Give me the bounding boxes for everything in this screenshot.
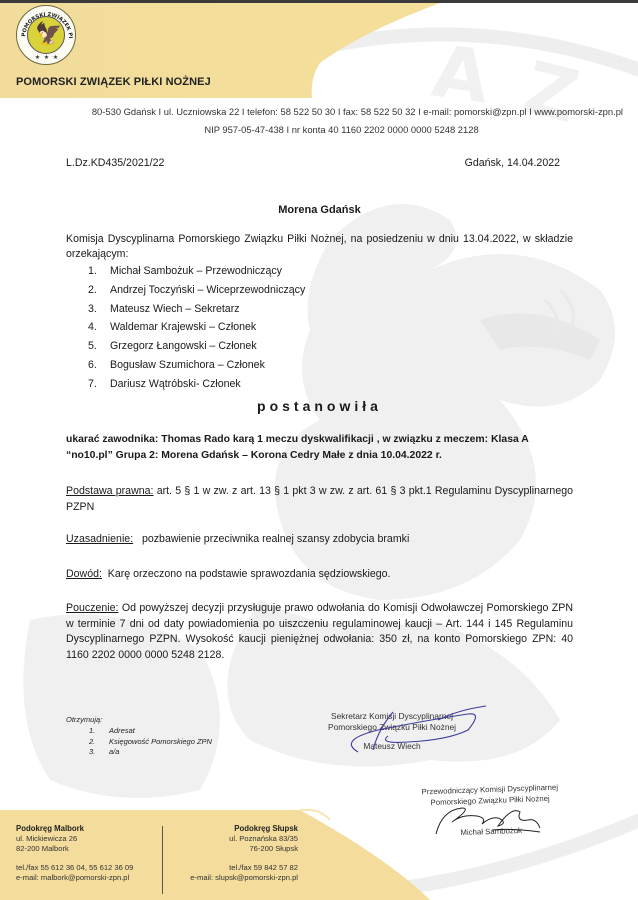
place-date: Gdańsk, 14.04.2022	[465, 157, 560, 169]
list-item: 2.Księgowość Pomorskiego ZPN	[89, 737, 212, 748]
legal-basis-section: Podstawa prawna: art. 5 § 1 w zw. z art.…	[66, 484, 573, 515]
secretary-name: Mateusz Wiech	[322, 741, 462, 752]
intro-paragraph: Komisja Dyscyplinarna Pomorskiego Związk…	[66, 232, 573, 262]
reasoning-text: pozbawienie przeciwnika realnej szansy z…	[133, 533, 409, 545]
recipients-label: Otrzymują:	[66, 715, 212, 724]
recipient-heading: Morena Gdańsk	[66, 204, 573, 216]
footer-slupsk-title: Podokręg Słupsk	[170, 824, 298, 834]
reasoning-section: Uzasadnienie: pozbawienie przeciwnika re…	[66, 532, 573, 548]
list-item: 3.a/a	[89, 747, 212, 758]
list-item: 2.Andrzej Toczyński – Wiceprzewodniczący	[88, 281, 388, 300]
griffin-crest-icon: 🦅	[35, 23, 62, 45]
decision-title: postanowiła	[66, 398, 573, 414]
list-item: 1.Michał Sambożuk – Przewodniczący	[88, 262, 388, 281]
logo-stars: ★ ★ ★	[17, 54, 77, 61]
footer-malbork: Podokręg Malbork ul. Mickiewicza 26 82-2…	[16, 824, 133, 883]
recipients-block: Otrzymują: 1.Adresat 2.Księgowość Pomors…	[66, 715, 212, 758]
list-item: 4.Waldemar Krajewski – Członek	[88, 318, 388, 337]
footer-malbork-email: e-mail: malbork@pomorski-zpn.pl	[16, 873, 133, 883]
evidence-section: Dowód: Karę orzeczono na podstawie spraw…	[66, 567, 573, 583]
evidence-label: Dowód:	[66, 568, 102, 580]
legal-basis-label: Podstawa prawna:	[66, 485, 153, 497]
footer-divider	[162, 826, 163, 894]
footer-slupsk-email: e-mail: slupsk@pomorski-zpn.pl	[170, 873, 298, 883]
list-item: 7.Dariusz Wątróbski- Członek	[88, 375, 388, 394]
header-contact-line: 80-530 Gdańsk I ul. Uczniowska 22 I tele…	[15, 106, 623, 117]
logo-emblem: 🦅	[27, 16, 65, 54]
recipients-list: 1.Adresat 2.Księgowość Pomorskiego ZPN 3…	[89, 726, 212, 758]
pzpn-logo: POMORSKI ZWIĄZEK PIŁKI NOŻNEJ 🦅 ★ ★ ★	[16, 5, 76, 65]
list-item: 5.Grzegorz Łangowski – Członek	[88, 337, 388, 356]
instruction-label: Pouczenie:	[66, 602, 118, 614]
evidence-text: Karę orzeczono na podstawie sprawozdania…	[102, 568, 391, 580]
instruction-text: Od powyższej decyzji przysługuje prawo o…	[66, 602, 573, 661]
list-item: 6.Bogusław Szumichora – Członek	[88, 356, 388, 375]
organization-name: POMORSKI ZWIĄZEK PIŁKI NOŻNEJ	[16, 76, 211, 88]
verdict-paragraph: ukarać zawodnika: Thomas Rado karą 1 mec…	[66, 432, 573, 464]
reasoning-label: Uzasadnienie:	[66, 533, 133, 545]
list-item: 1.Adresat	[89, 726, 212, 737]
footer-slupsk: Podokręg Słupsk ul. Poznańska 83/35 76-2…	[170, 824, 298, 883]
list-item: 3.Mateusz Wiech – Sekretarz	[88, 300, 388, 319]
header-bank-line: NIP 957-05-47-438 I nr konta 40 1160 220…	[0, 124, 638, 135]
footer-malbork-title: Podokręg Malbork	[16, 824, 133, 834]
secretary-stamp: Sekretarz Komisji Dyscyplinarnej Pomorsk…	[322, 711, 462, 752]
instruction-section: Pouczenie: Od powyższej decyzji przysług…	[66, 601, 573, 663]
committee-members-list: 1.Michał Sambożuk – Przewodniczący 2.And…	[88, 262, 388, 394]
